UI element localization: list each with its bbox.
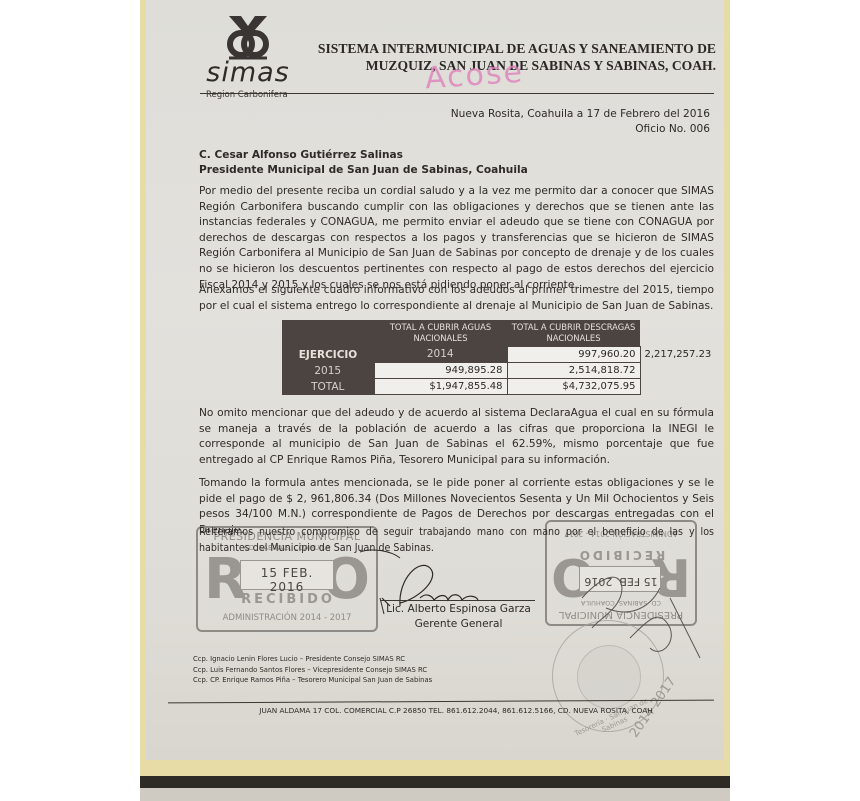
logo-subtitle: Region Carbonifera	[206, 90, 288, 100]
paragraph-annex: Anexamos el siguiente cuadro informativo…	[199, 283, 714, 314]
stamp-received-label: RECIBIDO	[228, 592, 348, 607]
column-header-aguas: TOTAL A CUBRIR AGUAS NACIONALES	[374, 320, 507, 347]
header-divider	[200, 93, 714, 94]
simas-logo-mark-icon	[225, 14, 271, 60]
signer-name: Lic. Alberto Espinosa Garza	[376, 602, 541, 617]
ccp-item: Ccp. CP. Enrique Ramos Piña – Tesorero M…	[193, 675, 553, 686]
table-header-row: EJERCICIO TOTAL A CUBRIR AGUAS NACIONALE…	[282, 320, 640, 347]
descargas-value: 2,514,818.72	[507, 363, 640, 379]
signature-line	[380, 600, 535, 601]
paragraph-declaragua: No omito mencionar que del adeudo y de a…	[199, 406, 714, 468]
date-block: Nueva Rosita, Coahuila a 17 de Febrero d…	[400, 107, 710, 137]
column-header-ejercicio: EJERCICIO	[282, 320, 374, 363]
aguas-value: 949,895.28	[374, 363, 507, 379]
column-header-descargas: TOTAL A CUBRIR DESCRAGAS NACIONALES	[507, 320, 640, 347]
recipient-title: Presidente Municipal de San Juan de Sabi…	[199, 163, 719, 178]
signer-title: Gerente General	[376, 617, 541, 632]
aguas-value: 997,960.20	[507, 347, 640, 363]
stamp-administration: ADMINISTRACIÓN 2014 - 2017	[202, 613, 372, 623]
office-number: Oficio No. 006	[400, 122, 710, 137]
simas-logo: simas Region Carbonifera	[203, 14, 293, 100]
descargas-total: $4,732,075.95	[507, 379, 640, 395]
carbon-copy-list: Ccp. Ignacio Lenin Flores Lucio – Presid…	[193, 654, 553, 686]
ccp-item: Ccp. Ignacio Lenin Flores Lucio – Presid…	[193, 654, 553, 665]
year-cell: 2014	[374, 347, 507, 363]
logo-wordmark: simas	[203, 58, 293, 88]
stamp-date: 15 FEB. 2016	[242, 566, 332, 594]
table-row: 2015 949,895.28 2,514,818.72	[282, 363, 640, 379]
handwritten-acknowledgement: Acose	[424, 55, 525, 97]
signer-block: Lic. Alberto Espinosa Garza Gerente Gene…	[376, 602, 541, 632]
surface	[140, 788, 730, 801]
ccp-item: Ccp. Luis Fernando Santos Flores – Vicep…	[193, 665, 553, 676]
table-total-row: TOTAL $1,947,855.48 $4,732,075.95	[282, 379, 640, 395]
paragraph-intro: Por medio del presente reciba un cordial…	[199, 184, 714, 293]
total-label: TOTAL	[282, 379, 374, 395]
recipient-block: C. Cesar Alfonso Gutiérrez Salinas Presi…	[199, 148, 719, 178]
debt-table: EJERCICIO TOTAL A CUBRIR AGUAS NACIONALE…	[282, 320, 641, 395]
footer-address: JUAN ALDAMA 17 COL. COMERCIAL C.P 26850 …	[226, 706, 686, 715]
year-cell: 2015	[282, 363, 374, 379]
place-date: Nueva Rosita, Coahuila a 17 de Febrero d…	[400, 107, 710, 122]
org-title-line-1: SISTEMA INTERMUNICIPAL DE AGUAS Y SANEAM…	[296, 40, 716, 57]
aguas-total: $1,947,855.48	[374, 379, 507, 395]
recipient-name: C. Cesar Alfonso Gutiérrez Salinas	[199, 148, 719, 163]
table-edge	[140, 776, 730, 788]
